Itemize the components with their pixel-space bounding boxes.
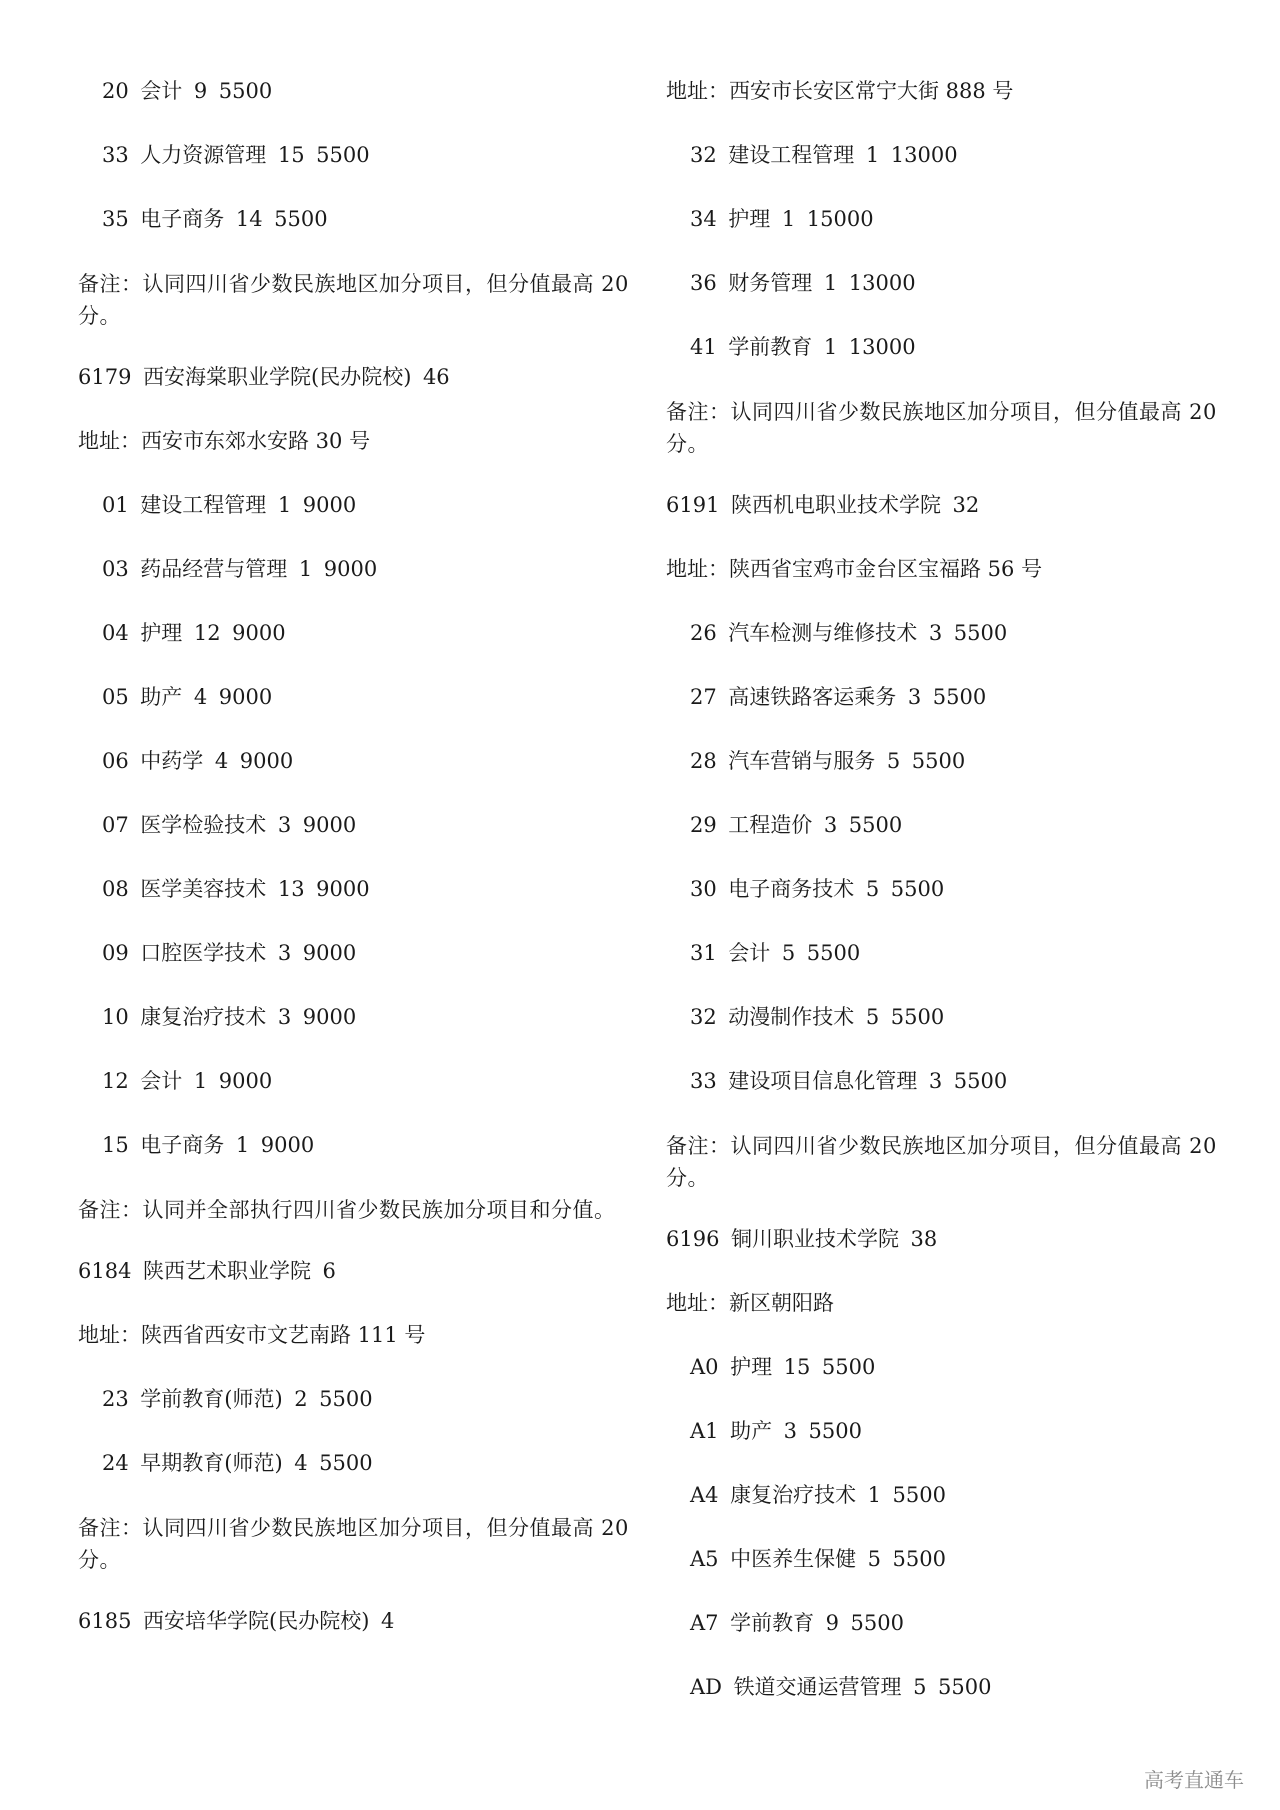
major-fee: 5500 (319, 1387, 372, 1411)
major-name: 会计 (140, 1069, 182, 1093)
major-name: 财务管理 (728, 271, 812, 295)
major-name: 中药学 (140, 749, 203, 773)
major-quota: 5 (887, 749, 900, 773)
major-fee: 13000 (849, 335, 916, 359)
major-name: 电子商务 (140, 207, 224, 231)
major-name: 高速铁路客运乘务 (728, 685, 896, 709)
major-quota: 3 (929, 621, 942, 645)
major-row: A7学前教育95500 (666, 1608, 1226, 1638)
major-fee: 5500 (219, 79, 272, 103)
school-count: 6 (323, 1259, 336, 1283)
major-row: A4康复治疗技术15500 (666, 1480, 1226, 1510)
school-code: 6196 (666, 1227, 719, 1251)
major-row: 29工程造价35500 (666, 810, 1226, 840)
school-address: 地址：西安市东郊水安路 30 号 (78, 426, 638, 456)
major-fee: 9000 (303, 941, 356, 965)
major-quota: 5 (782, 941, 795, 965)
major-quota: 9 (826, 1611, 839, 1635)
major-code: 06 (102, 749, 129, 773)
major-row: 30电子商务技术55500 (666, 874, 1226, 904)
major-code: 27 (690, 685, 717, 709)
major-fee: 5500 (933, 685, 986, 709)
major-name: 助产 (730, 1419, 772, 1443)
major-code: 30 (690, 877, 717, 901)
major-code: 15 (102, 1133, 129, 1157)
major-fee: 5500 (938, 1675, 991, 1699)
school-header: 6196铜川职业技术学院38 (666, 1224, 1226, 1254)
major-quota: 4 (294, 1451, 307, 1475)
right-column: 地址：西安市长安区常宁大街 888 号32建设工程管理11300034护理115… (666, 76, 1226, 1736)
major-name: 动漫制作技术 (728, 1005, 854, 1029)
major-quota: 5 (866, 877, 879, 901)
major-name: 早期教育(师范) (140, 1451, 282, 1475)
major-name: 电子商务技术 (728, 877, 854, 901)
major-quota: 3 (278, 941, 291, 965)
school-code: 6185 (78, 1609, 131, 1633)
remark-note: 备注：认同四川省少数民族地区加分项目，但分值最高 20 分。 (666, 396, 1218, 460)
major-quota: 1 (824, 335, 837, 359)
major-row: 07医学检验技术39000 (78, 810, 638, 840)
major-quota: 3 (784, 1419, 797, 1443)
major-code: 08 (102, 877, 129, 901)
major-fee: 5500 (893, 1483, 946, 1507)
left-column: 20会计9550033人力资源管理15550035电子商务145500备注：认同… (78, 76, 638, 1670)
school-count: 32 (953, 493, 980, 517)
major-row: 20会计95500 (78, 76, 638, 106)
major-fee: 5500 (849, 813, 902, 837)
major-quota: 1 (866, 143, 879, 167)
major-quota: 15 (278, 143, 305, 167)
major-quota: 3 (278, 1005, 291, 1029)
school-code: 6191 (666, 493, 719, 517)
major-quota: 9 (194, 79, 207, 103)
major-code: A0 (690, 1355, 719, 1379)
major-row: 32动漫制作技术55500 (666, 1002, 1226, 1032)
major-row: 41学前教育113000 (666, 332, 1226, 362)
major-code: AD (690, 1675, 722, 1699)
major-fee: 5500 (954, 1069, 1007, 1093)
major-name: 建设工程管理 (140, 493, 266, 517)
major-code: A4 (690, 1483, 719, 1507)
major-quota: 3 (824, 813, 837, 837)
document-page: 20会计9550033人力资源管理15550035电子商务145500备注：认同… (0, 0, 1280, 1810)
major-row: 34护理115000 (666, 204, 1226, 234)
major-fee: 13000 (849, 271, 916, 295)
school-header: 6185西安培华学院(民办院校)4 (78, 1606, 638, 1636)
major-row: 03药品经营与管理19000 (78, 554, 638, 584)
major-row: 31会计55500 (666, 938, 1226, 968)
major-fee: 5500 (274, 207, 327, 231)
school-header: 6191陕西机电职业技术学院32 (666, 490, 1226, 520)
major-code: 33 (102, 143, 129, 167)
major-code: A7 (690, 1611, 719, 1635)
major-name: 汽车营销与服务 (728, 749, 875, 773)
major-quota: 2 (294, 1387, 307, 1411)
major-quota: 4 (194, 685, 207, 709)
major-fee: 9000 (324, 557, 377, 581)
school-name: 铜川职业技术学院 (731, 1227, 899, 1251)
major-quota: 1 (194, 1069, 207, 1093)
major-code: 09 (102, 941, 129, 965)
major-code: 35 (102, 207, 129, 231)
remark-note: 备注：认同并全部执行四川省少数民族加分项目和分值。 (78, 1194, 630, 1226)
major-fee: 9000 (303, 813, 356, 837)
major-quota: 3 (278, 813, 291, 837)
school-count: 38 (911, 1227, 938, 1251)
school-address: 地址：陕西省宝鸡市金台区宝福路 56 号 (666, 554, 1226, 584)
major-quota: 1 (782, 207, 795, 231)
major-name: 护理 (140, 621, 182, 645)
major-fee: 9000 (219, 1069, 272, 1093)
major-code: 26 (690, 621, 717, 645)
school-name: 陕西艺术职业学院 (143, 1259, 311, 1283)
major-code: 41 (690, 335, 717, 359)
major-name: 康复治疗技术 (730, 1483, 856, 1507)
major-quota: 1 (824, 271, 837, 295)
major-fee: 9000 (303, 1005, 356, 1029)
remark-note: 备注：认同四川省少数民族地区加分项目，但分值最高 20 分。 (78, 268, 630, 332)
major-quota: 3 (929, 1069, 942, 1093)
major-code: 33 (690, 1069, 717, 1093)
major-quota: 3 (908, 685, 921, 709)
major-name: 助产 (140, 685, 182, 709)
major-name: 药品经营与管理 (140, 557, 287, 581)
major-code: 23 (102, 1387, 129, 1411)
school-header: 6184陕西艺术职业学院6 (78, 1256, 638, 1286)
major-quota: 1 (868, 1483, 881, 1507)
major-code: 07 (102, 813, 129, 837)
school-name: 西安培华学院(民办院校) (143, 1609, 369, 1633)
major-fee: 5500 (319, 1451, 372, 1475)
school-code: 6184 (78, 1259, 131, 1283)
major-code: 32 (690, 143, 717, 167)
major-code: A5 (690, 1547, 719, 1571)
major-row: 08医学美容技术139000 (78, 874, 638, 904)
major-row: A5中医养生保健55500 (666, 1544, 1226, 1574)
major-code: 05 (102, 685, 129, 709)
major-quota: 13 (278, 877, 305, 901)
major-fee: 5500 (316, 143, 369, 167)
school-address: 地址：陕西省西安市文艺南路 111 号 (78, 1320, 638, 1350)
major-name: 中医养生保健 (730, 1547, 856, 1571)
major-code: 31 (690, 941, 717, 965)
major-name: 学前教育 (728, 335, 812, 359)
major-code: 34 (690, 207, 717, 231)
major-quota: 5 (866, 1005, 879, 1029)
major-name: 电子商务 (140, 1133, 224, 1157)
major-fee: 5500 (822, 1355, 875, 1379)
major-quota: 1 (236, 1133, 249, 1157)
major-row: 32建设工程管理113000 (666, 140, 1226, 170)
major-row: A0护理155500 (666, 1352, 1226, 1382)
major-row: 05助产49000 (78, 682, 638, 712)
major-row: AD铁道交通运营管理55500 (666, 1672, 1226, 1702)
major-quota: 5 (868, 1547, 881, 1571)
major-fee: 5500 (893, 1547, 946, 1571)
major-code: 01 (102, 493, 129, 517)
major-quota: 15 (784, 1355, 811, 1379)
major-fee: 5500 (851, 1611, 904, 1635)
major-code: 32 (690, 1005, 717, 1029)
major-row: 04护理129000 (78, 618, 638, 648)
major-fee: 9000 (316, 877, 369, 901)
major-name: 口腔医学技术 (140, 941, 266, 965)
major-row: 28汽车营销与服务55500 (666, 746, 1226, 776)
major-code: 03 (102, 557, 129, 581)
major-row: 33建设项目信息化管理35500 (666, 1066, 1226, 1096)
major-name: 人力资源管理 (140, 143, 266, 167)
school-name: 西安海棠职业学院(民办院校) (143, 365, 411, 389)
major-code: A1 (690, 1419, 719, 1443)
major-row: 35电子商务145500 (78, 204, 638, 234)
major-fee: 5500 (807, 941, 860, 965)
major-code: 36 (690, 271, 717, 295)
major-fee: 5500 (891, 1005, 944, 1029)
major-row: 36财务管理113000 (666, 268, 1226, 298)
major-row: 06中药学49000 (78, 746, 638, 776)
major-name: 会计 (140, 79, 182, 103)
major-row: 23学前教育(师范)25500 (78, 1384, 638, 1414)
major-code: 24 (102, 1451, 129, 1475)
school-code: 6179 (78, 365, 131, 389)
major-code: 12 (102, 1069, 129, 1093)
major-name: 医学美容技术 (140, 877, 266, 901)
major-name: 学前教育 (730, 1611, 814, 1635)
major-row: 12会计19000 (78, 1066, 638, 1096)
watermark: 高考直通车 (1144, 1764, 1244, 1793)
major-quota: 5 (913, 1675, 926, 1699)
major-name: 会计 (728, 941, 770, 965)
major-row: A1助产35500 (666, 1416, 1226, 1446)
major-name: 医学检验技术 (140, 813, 266, 837)
major-fee: 15000 (807, 207, 874, 231)
major-name: 铁道交通运营管理 (734, 1675, 902, 1699)
major-fee: 9000 (261, 1133, 314, 1157)
major-row: 15电子商务19000 (78, 1130, 638, 1160)
major-row: 10康复治疗技术39000 (78, 1002, 638, 1032)
major-fee: 5500 (912, 749, 965, 773)
major-row: 24早期教育(师范)45500 (78, 1448, 638, 1478)
major-name: 建设工程管理 (728, 143, 854, 167)
major-quota: 1 (299, 557, 312, 581)
major-code: 29 (690, 813, 717, 837)
school-address: 地址：西安市长安区常宁大街 888 号 (666, 76, 1226, 106)
major-row: 01建设工程管理19000 (78, 490, 638, 520)
major-fee: 13000 (891, 143, 958, 167)
major-quota: 4 (215, 749, 228, 773)
major-name: 学前教育(师范) (140, 1387, 282, 1411)
major-row: 27高速铁路客运乘务35500 (666, 682, 1226, 712)
major-fee: 5500 (891, 877, 944, 901)
major-code: 10 (102, 1005, 129, 1029)
major-fee: 9000 (240, 749, 293, 773)
major-row: 09口腔医学技术39000 (78, 938, 638, 968)
major-name: 护理 (730, 1355, 772, 1379)
major-code: 28 (690, 749, 717, 773)
school-count: 4 (381, 1609, 394, 1633)
major-name: 护理 (728, 207, 770, 231)
major-fee: 9000 (303, 493, 356, 517)
major-fee: 5500 (809, 1419, 862, 1443)
major-row: 26汽车检测与维修技术35500 (666, 618, 1226, 648)
major-fee: 5500 (954, 621, 1007, 645)
major-quota: 1 (278, 493, 291, 517)
major-row: 33人力资源管理155500 (78, 140, 638, 170)
remark-note: 备注：认同四川省少数民族地区加分项目，但分值最高 20 分。 (666, 1130, 1218, 1194)
major-fee: 9000 (219, 685, 272, 709)
school-address: 地址：新区朝阳路 (666, 1288, 1226, 1318)
major-name: 建设项目信息化管理 (728, 1069, 917, 1093)
major-name: 康复治疗技术 (140, 1005, 266, 1029)
school-name: 陕西机电职业技术学院 (731, 493, 941, 517)
major-code: 04 (102, 621, 129, 645)
school-count: 46 (423, 365, 450, 389)
remark-note: 备注：认同四川省少数民族地区加分项目，但分值最高 20 分。 (78, 1512, 630, 1576)
major-code: 20 (102, 79, 129, 103)
major-fee: 9000 (232, 621, 285, 645)
major-name: 汽车检测与维修技术 (728, 621, 917, 645)
major-name: 工程造价 (728, 813, 812, 837)
major-quota: 14 (236, 207, 263, 231)
major-quota: 12 (194, 621, 221, 645)
school-header: 6179西安海棠职业学院(民办院校)46 (78, 362, 638, 392)
